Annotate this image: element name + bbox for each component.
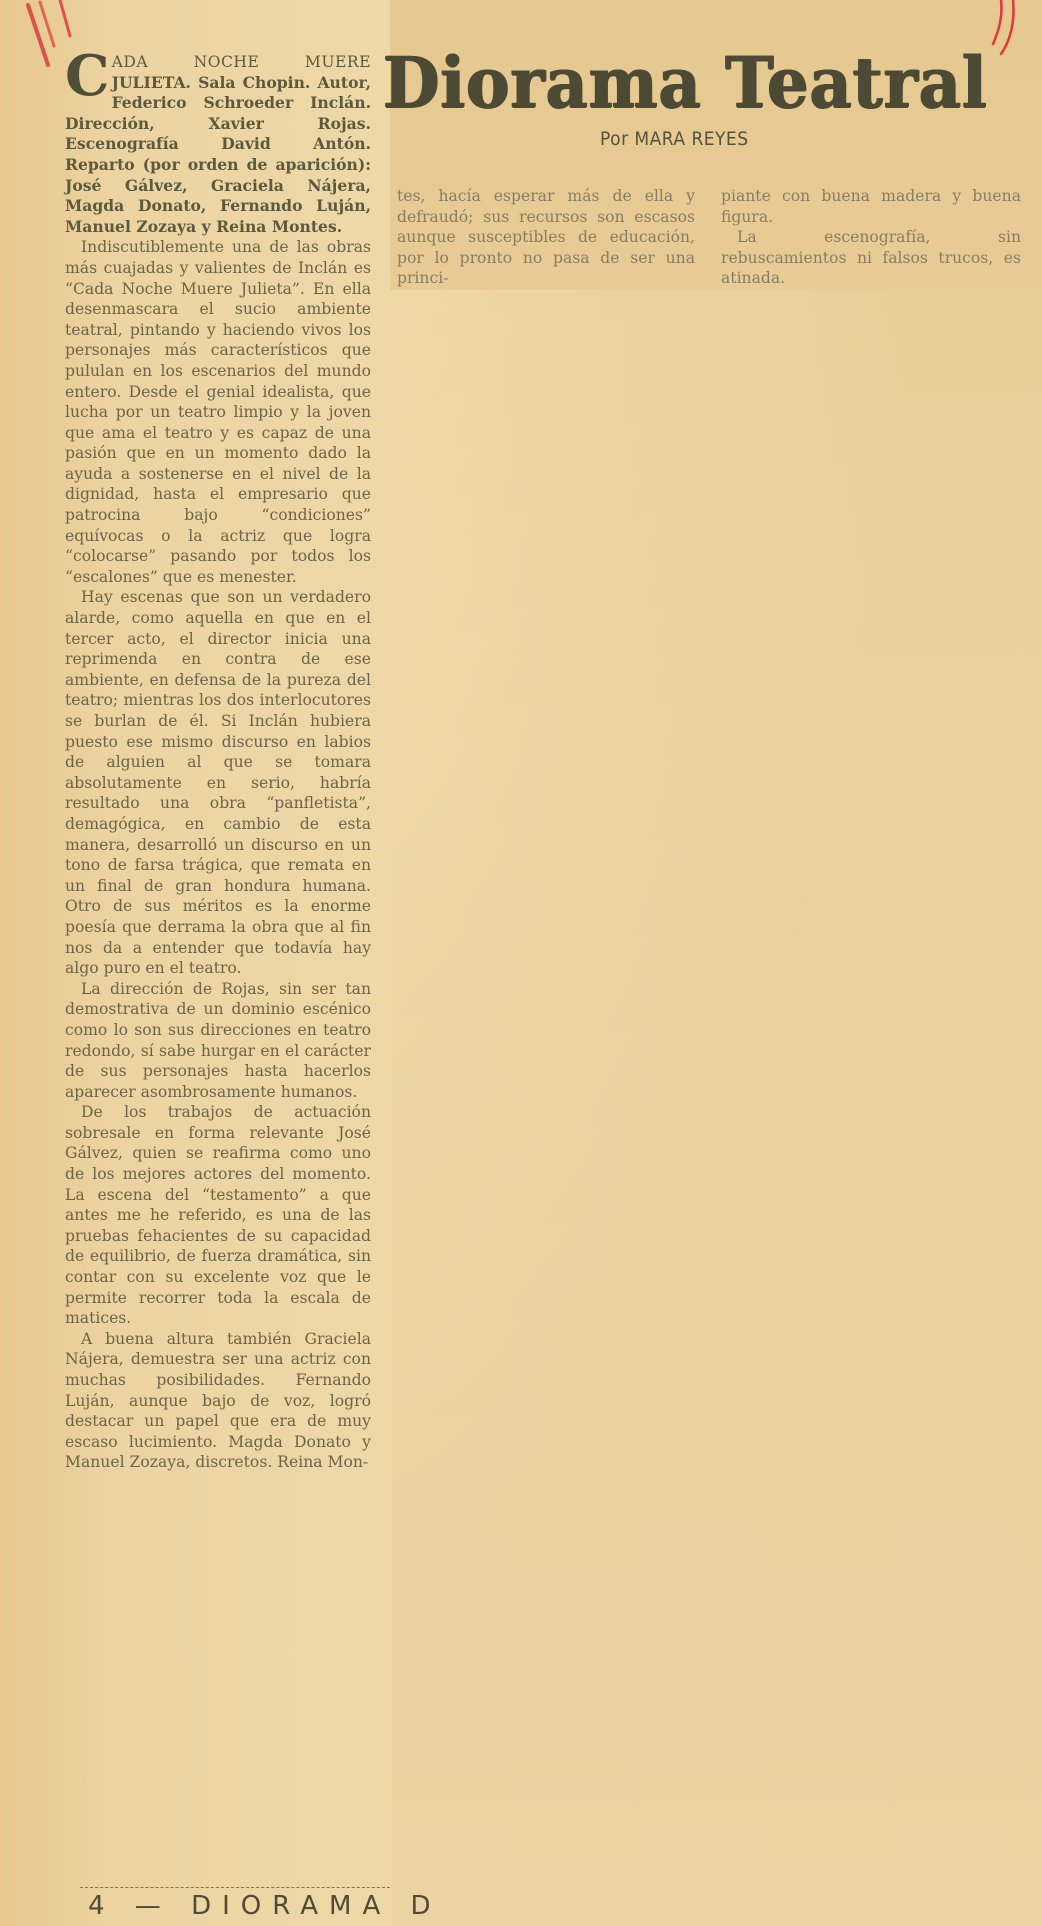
article-column-right: piante con buena madera y buena figura. … [721, 186, 1021, 289]
paragraph: De los trabajos de actuación sobresale e… [65, 1102, 371, 1329]
footer-divider [80, 1887, 390, 1888]
paragraph: piante con buena madera y buena figura. [721, 186, 1021, 227]
lede-title-caps: ADA NOCHE MUERE [112, 53, 371, 71]
paragraph: La escenografía, sin rebuscamientos ni f… [721, 227, 1021, 289]
paragraph: tes, hacía esperar más de ella y defraud… [397, 186, 695, 289]
article-column-left: CADA NOCHE MUERE JULIETA. Sala Chopin. A… [65, 52, 371, 1473]
masthead-title: Diorama Teatral [383, 48, 978, 118]
page-footer: 4 — DIORAMA D [88, 1891, 442, 1921]
paragraph: La dirección de Rojas, sin ser tan demos… [65, 979, 371, 1103]
paragraph: Hay escenas que son un verdadero alarde,… [65, 587, 371, 978]
article-lede: CADA NOCHE MUERE JULIETA. Sala Chopin. A… [65, 52, 371, 237]
byline: Por MARA REYES [600, 128, 749, 150]
drop-cap: C [65, 54, 110, 98]
paragraph: Indiscutiblemente una de las obras más c… [65, 237, 371, 587]
paragraph: A buena altura también Graciela Nájera, … [65, 1329, 371, 1473]
lede-credits: JULIETA. Sala Chopin. Autor, Federico Sc… [65, 73, 371, 236]
article-column-middle: tes, hacía esperar más de ella y defraud… [397, 186, 695, 289]
